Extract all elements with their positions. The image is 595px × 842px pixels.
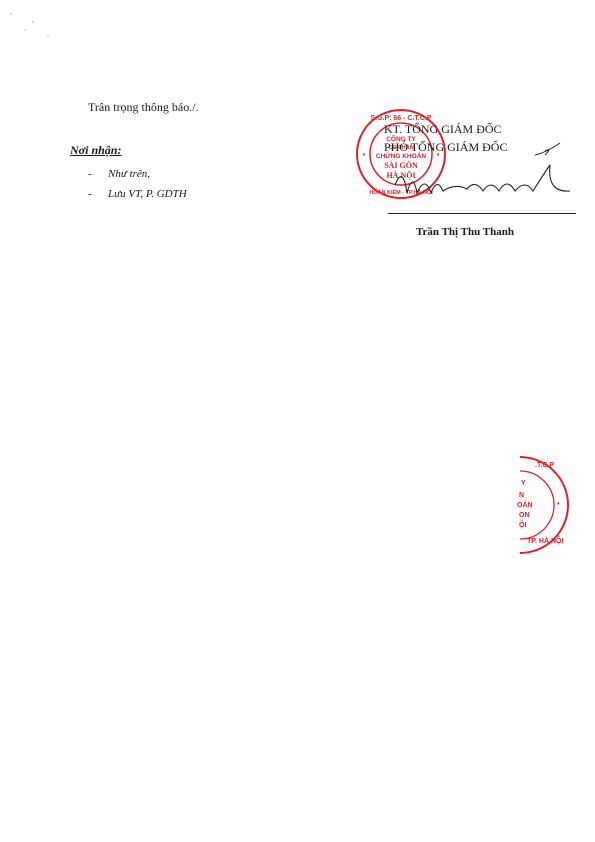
closing-text: Trân trọng thông báo./.: [88, 100, 199, 115]
svg-text:N: N: [519, 492, 524, 499]
signer-name: Trần Thị Thu Thanh: [416, 226, 514, 238]
svg-text:OÁN: OÁN: [517, 500, 533, 509]
svg-text:S.G.P: 66 - C.T.C.P: S.G.P: 66 - C.T.C.P: [370, 115, 431, 122]
signature-underline: [388, 213, 576, 214]
scan-artifacts: [0, 0, 60, 50]
recipient-item: -Như trên,: [88, 168, 150, 180]
svg-text:*: *: [557, 502, 560, 509]
svg-text:TP. HÀ NỘI: TP. HÀ NỘI: [527, 536, 563, 545]
recipients-title: Nơi nhận:: [70, 143, 121, 158]
partial-seal: .T.C.P Y N OÁN ON ỘI TP. HÀ NỘI *: [515, 455, 575, 555]
svg-text:Y: Y: [521, 480, 526, 487]
svg-text:ỘI: ỘI: [519, 520, 526, 529]
handwritten-signature: [385, 135, 585, 215]
svg-text:ON: ON: [519, 512, 530, 519]
recipient-item: -Lưu VT, P. GDTH: [88, 188, 187, 200]
svg-text:*: *: [363, 153, 366, 160]
svg-text:.T.C.P: .T.C.P: [535, 462, 554, 469]
